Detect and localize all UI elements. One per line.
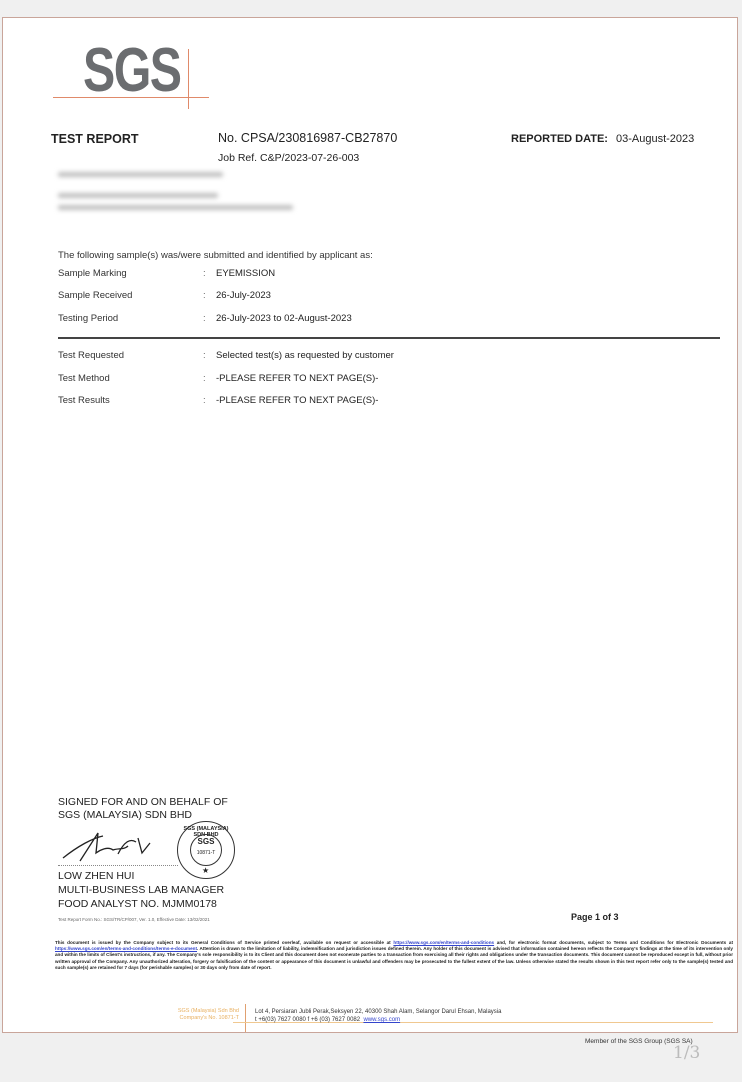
stamp-logo: SGS — [191, 835, 221, 849]
colon: : — [203, 290, 206, 301]
colon: : — [203, 313, 206, 324]
colon: : — [203, 268, 206, 279]
signature-line — [58, 865, 178, 866]
phone-fax: t +6(03) 7627 0080 f +6 (03) 7627 0082 — [255, 1017, 360, 1023]
sample-received-label: Sample Received — [58, 290, 132, 301]
test-requested-value: Selected test(s) as requested by custome… — [216, 350, 394, 361]
section-divider — [58, 337, 720, 339]
stamp-number: 10871-T — [191, 849, 221, 857]
footer-company-name: SGS (Malaysia) Sdn Bhd — [121, 1008, 239, 1015]
analyst-number: FOOD ANALYST NO. MJMM0178 — [58, 898, 217, 910]
viewer-page-indicator: 1/3 — [673, 1043, 700, 1063]
reported-date-value: 03-August-2023 — [616, 133, 694, 145]
colon: : — [203, 373, 206, 384]
logo-divider — [188, 49, 189, 109]
footer-company-number: Company's No. 10871-T — [121, 1015, 239, 1022]
form-reference: Test Report Form No.: SGS/TR/CP/007, Ver… — [58, 917, 210, 922]
sgs-logo: SGS — [83, 40, 180, 102]
signed-on-behalf: SIGNED FOR AND ON BEHALF OF — [58, 796, 228, 808]
disclaimer-text: This document is issued by the Company s… — [55, 940, 393, 945]
address-line: Lot 4, Persiaran Jubli Perak,Seksyen 22,… — [255, 1008, 501, 1016]
test-method-value: -PLEASE REFER TO NEXT PAGE(S)- — [216, 373, 378, 384]
stamp-center: SGS 10871-T — [190, 834, 222, 866]
company-name: SGS (MALAYSIA) SDN BHD — [58, 809, 192, 821]
footer-company: SGS (Malaysia) Sdn Bhd Company's No. 108… — [121, 1008, 239, 1022]
e-document-terms-link[interactable]: https://www.sgs.com/en/terms-and-conditi… — [55, 946, 197, 951]
terms-link[interactable]: https://www.sgs.com/en/terms-and-conditi… — [393, 940, 494, 945]
sample-received-value: 26-July-2023 — [216, 290, 271, 301]
footer-address: Lot 4, Persiaran Jubli Perak,Seksyen 22,… — [255, 1008, 501, 1024]
reported-date-label: REPORTED DATE: — [511, 133, 608, 145]
star-icon: ★ — [202, 866, 209, 875]
signatory-role: MULTI-BUSINESS LAB MANAGER — [58, 884, 224, 896]
report-title: TEST REPORT — [51, 132, 139, 146]
page-number: Page 1 of 3 — [571, 912, 619, 922]
sample-marking-value: EYEMISSION — [216, 268, 275, 279]
test-method-label: Test Method — [58, 373, 110, 384]
report-number: No. CPSA/230816987-CB27870 — [218, 131, 397, 145]
footer-divider — [245, 1004, 246, 1032]
test-requested-label: Test Requested — [58, 350, 124, 361]
document-page: SGS TEST REPORT No. CPSA/230816987-CB278… — [2, 17, 738, 1033]
testing-period-label: Testing Period — [58, 313, 118, 324]
sample-marking-label: Sample Marking — [58, 268, 127, 279]
colon: : — [203, 395, 206, 406]
colon: : — [203, 350, 206, 361]
testing-period-value: 26-July-2023 to 02-August-2023 — [216, 313, 352, 324]
company-stamp: SGS (MALAYSIA) SDN BHD SGS 10871-T ★ — [177, 821, 235, 879]
signatory-name: LOW ZHEN HUI — [58, 870, 134, 882]
disclaimer-text: and, for electronic format documents, su… — [494, 940, 733, 945]
legal-disclaimer: This document is issued by the Company s… — [55, 940, 733, 971]
test-results-label: Test Results — [58, 395, 110, 406]
test-results-value: -PLEASE REFER TO NEXT PAGE(S)- — [216, 395, 378, 406]
website-link[interactable]: www.sgs.com — [363, 1017, 400, 1023]
intro-text: The following sample(s) was/were submitt… — [58, 250, 373, 261]
logo-underline — [53, 97, 209, 98]
client-address-redacted — [58, 172, 293, 210]
job-reference: Job Ref. C&P/2023-07-26-003 — [218, 152, 359, 164]
signature-icon — [58, 828, 158, 868]
